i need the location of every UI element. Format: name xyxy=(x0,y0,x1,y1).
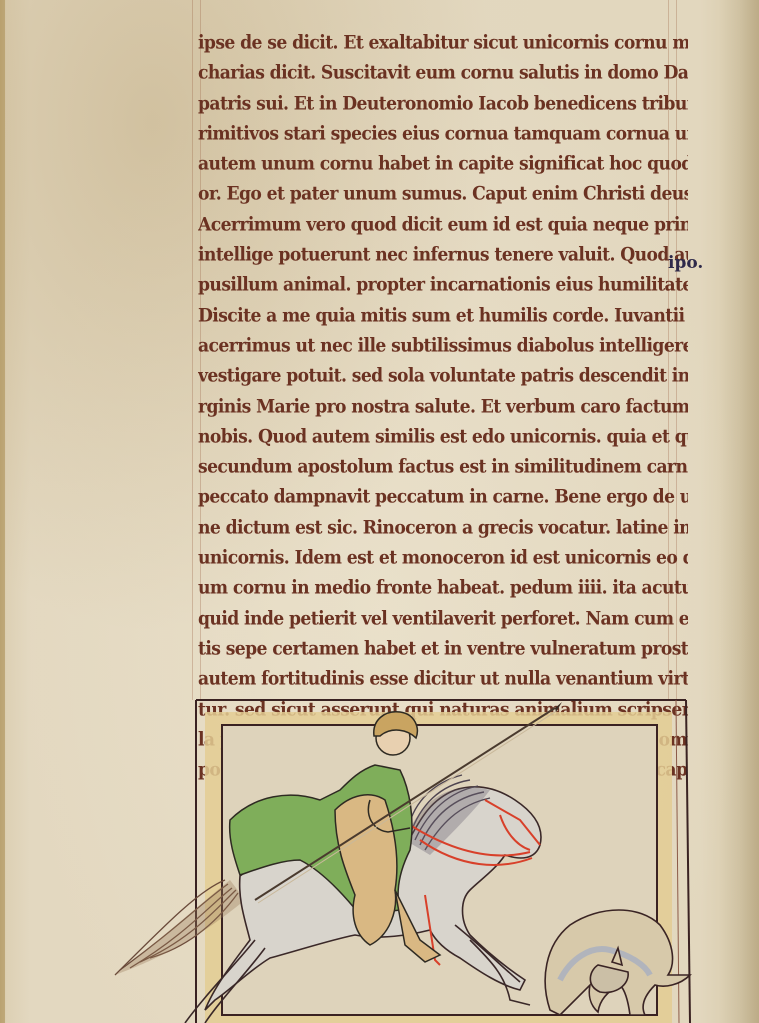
manuscript-page: ipse de se dicit. Et exaltabitur sicut u… xyxy=(0,0,759,1023)
illustration-knight-and-unicorn xyxy=(0,0,759,1023)
